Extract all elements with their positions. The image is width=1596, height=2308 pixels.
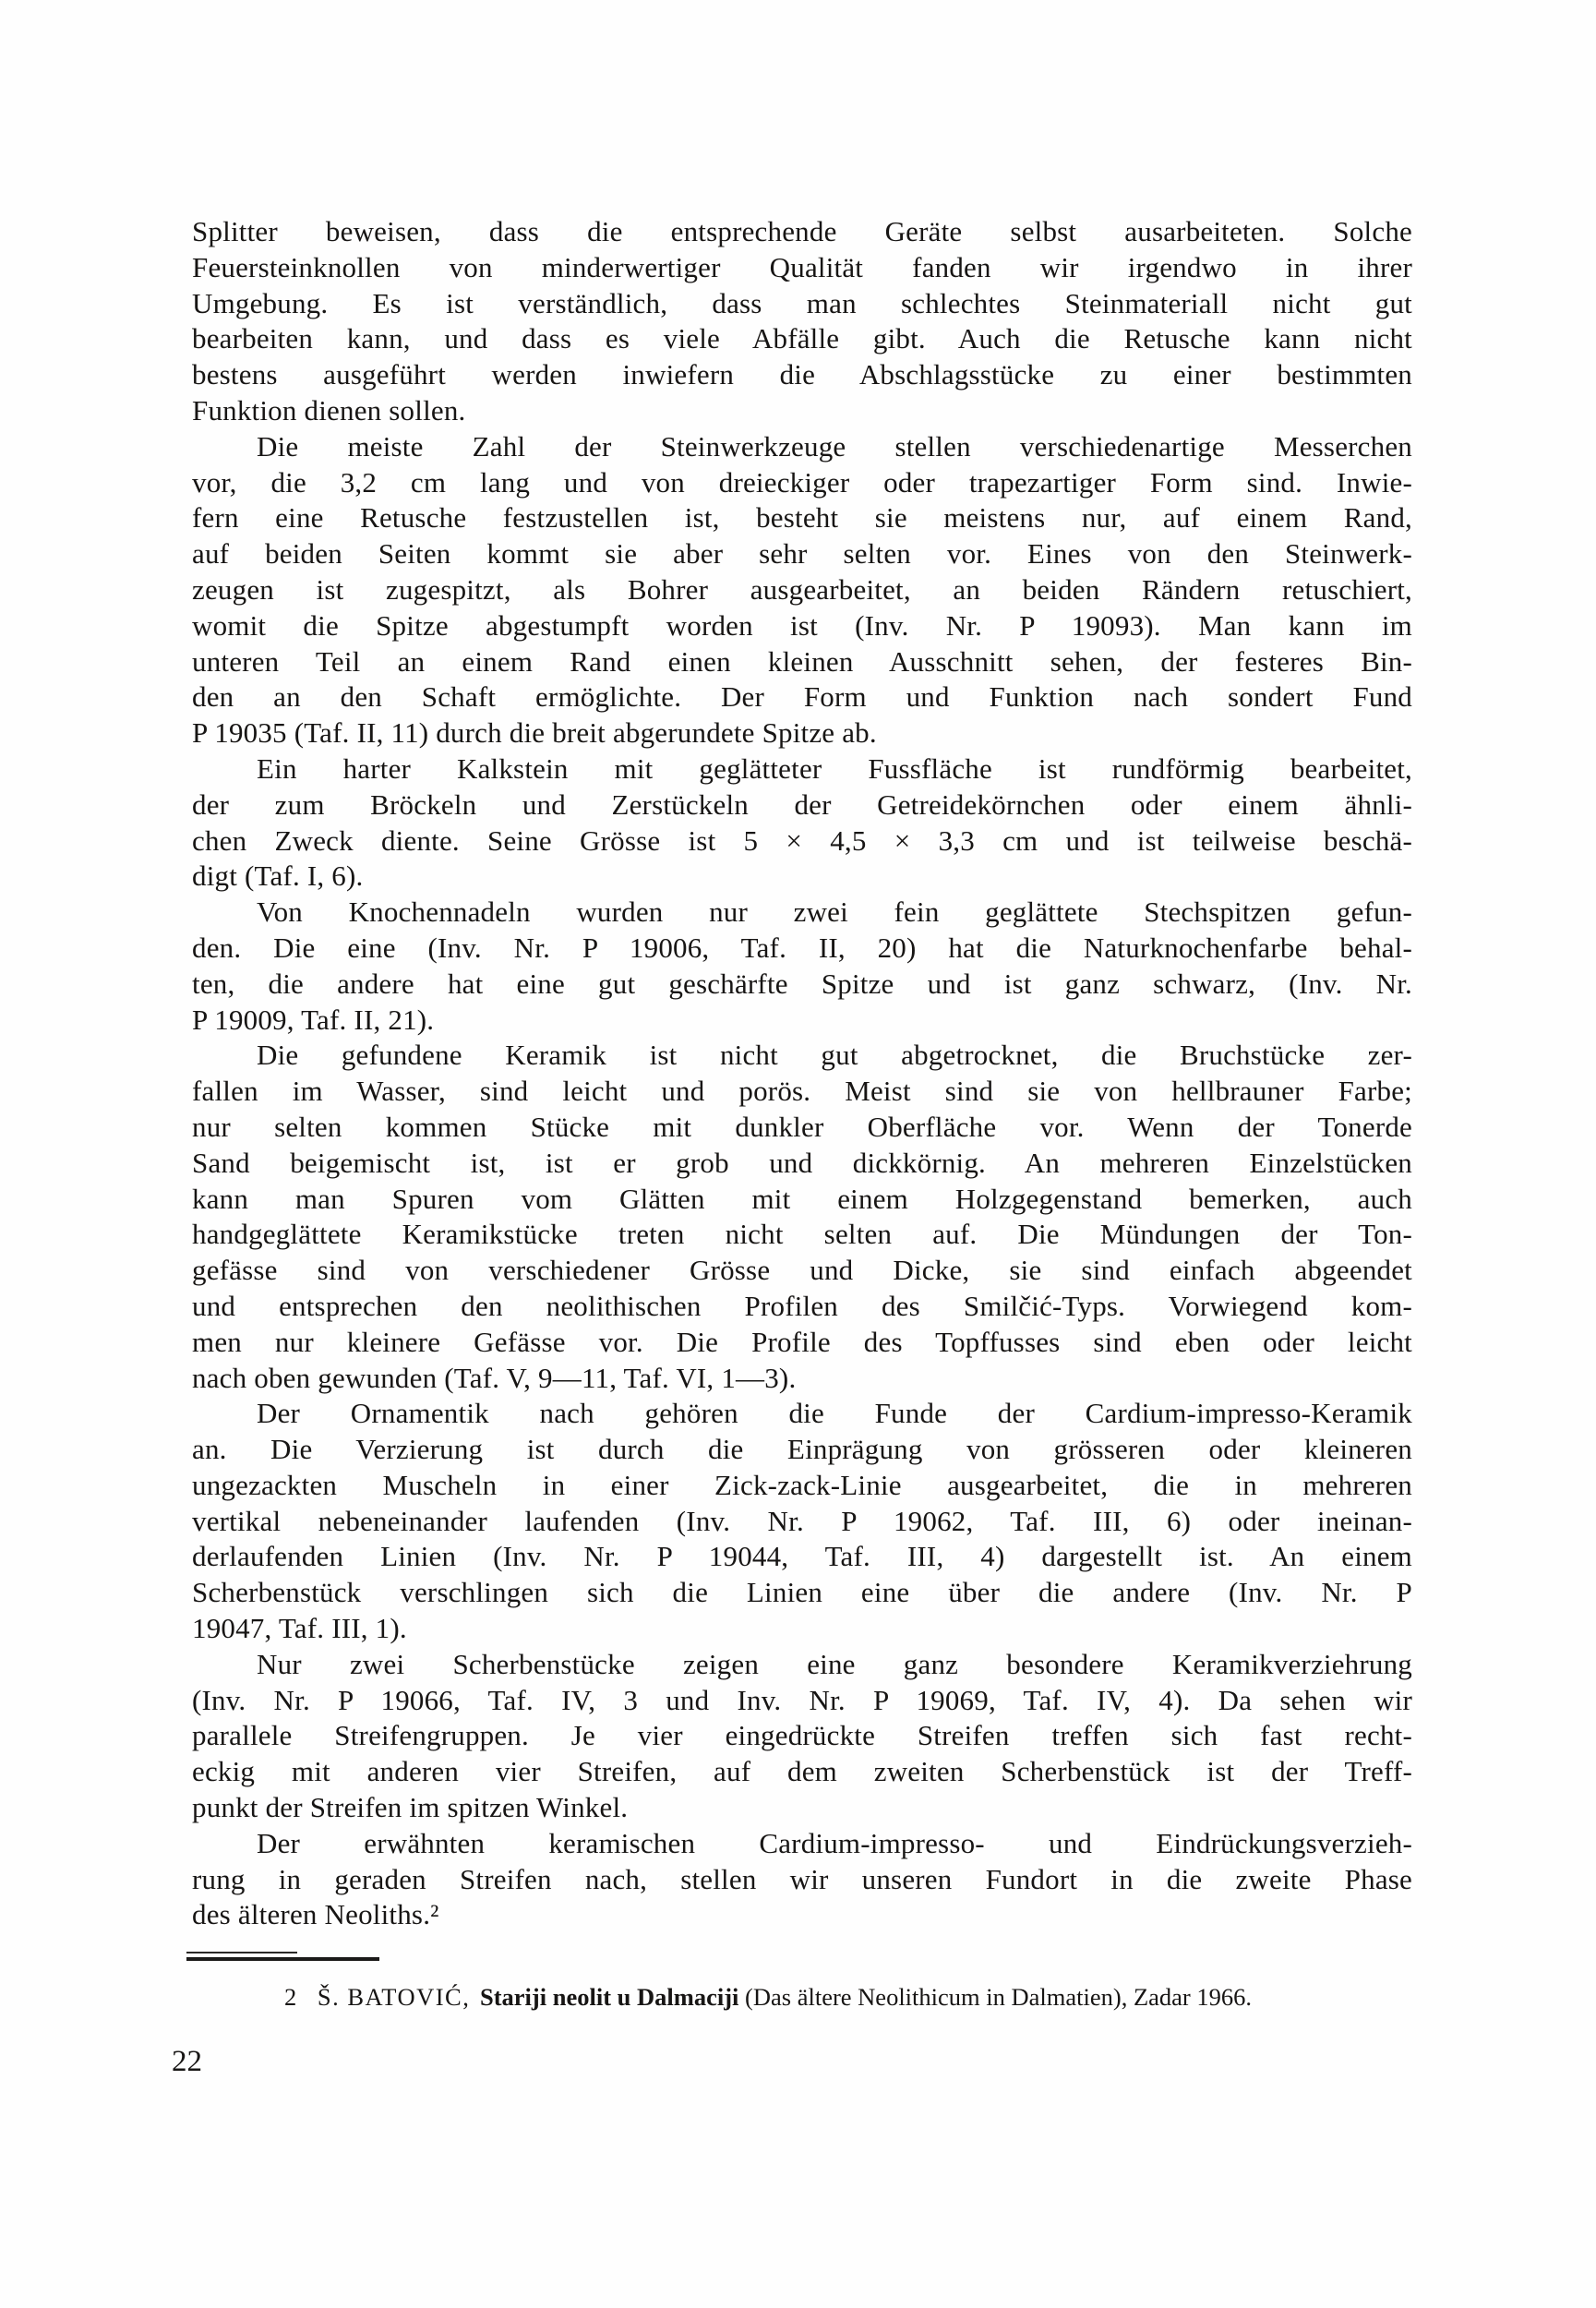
text-line: bearbeiten kann, und dass es viele Abfäl…	[192, 321, 1412, 357]
text-line: Nur zwei Scherbenstücke zeigen eine ganz…	[192, 1647, 1412, 1683]
paragraph: Von Knochennadeln wurden nur zwei fein g…	[192, 895, 1412, 1038]
text-line: 19047, Taf. III, 1).	[192, 1611, 1412, 1647]
text-line: womit die Spitze abgestumpft worden ist …	[192, 608, 1412, 644]
text-line: unteren Teil an einem Rand einen kleinen…	[192, 644, 1412, 680]
text-line: kann man Spuren vom Glätten mit einem Ho…	[192, 1182, 1412, 1218]
text-line: und entsprechen den neolithischen Profil…	[192, 1289, 1412, 1325]
text-line: Umgebung. Es ist verständlich, dass man …	[192, 286, 1412, 322]
scanned-page: Splitter beweisen, dass die entsprechend…	[0, 0, 1596, 2308]
paragraph: Der Ornamentik nach gehören die Funde de…	[192, 1396, 1412, 1647]
text-line: Feuersteinknollen von minderwertiger Qua…	[192, 250, 1412, 286]
text-line: derlaufenden Linien (Inv. Nr. P 19044, T…	[192, 1539, 1412, 1575]
text-line: ungezackten Muscheln in einer Zick-zack-…	[192, 1468, 1412, 1504]
text-line: der zum Bröckeln und Zerstückeln der Get…	[192, 787, 1412, 823]
text-line: Funktion dienen sollen.	[192, 393, 1412, 429]
text-line: Die meiste Zahl der Steinwerkzeuge stell…	[192, 429, 1412, 465]
paragraph: Ein harter Kalkstein mit geglätteter Fus…	[192, 751, 1412, 895]
text-line: (Inv. Nr. P 19066, Taf. IV, 3 und Inv. N…	[192, 1683, 1412, 1719]
text-line: parallele Streifengruppen. Je vier einge…	[192, 1718, 1412, 1754]
text-line: fern eine Retusche festzustellen ist, be…	[192, 500, 1412, 536]
text-line: auf beiden Seiten kommt sie aber sehr se…	[192, 536, 1412, 572]
text-line: nur selten kommen Stücke mit dunkler Obe…	[192, 1110, 1412, 1146]
text-line: handgeglättete Keramikstücke treten nich…	[192, 1217, 1412, 1253]
footnote-author: Š. BATOVIĆ,	[318, 1983, 470, 2011]
text-line: P 19035 (Taf. II, 11) durch die breit ab…	[192, 715, 1412, 751]
footnote: 2 Š. BATOVIĆ, Stariji neolit u Dalmaciji…	[192, 1982, 1412, 2013]
paragraph: Die meiste Zahl der Steinwerkzeuge stell…	[192, 429, 1412, 751]
text-line: Scherbenstück verschlingen sich die Lini…	[192, 1575, 1412, 1611]
text-line: Von Knochennadeln wurden nur zwei fein g…	[192, 895, 1412, 931]
paragraph: Die gefundene Keramik ist nicht gut abge…	[192, 1038, 1412, 1396]
text-line: Sand beigemischt ist, ist er grob und di…	[192, 1146, 1412, 1182]
text-line: nach oben gewunden (Taf. V, 9—11, Taf. V…	[192, 1361, 1412, 1397]
text-line: digt (Taf. I, 6).	[192, 859, 1412, 895]
paragraph: Nur zwei Scherbenstücke zeigen eine ganz…	[192, 1647, 1412, 1826]
text-line: Splitter beweisen, dass die entsprechend…	[192, 214, 1412, 250]
text-line: zeugen ist zugespitzt, als Bohrer ausgea…	[192, 572, 1412, 608]
footnote-marker: 2	[284, 1983, 296, 2011]
text-line: den. Die eine (Inv. Nr. P 19006, Taf. II…	[192, 931, 1412, 967]
text-line: ten, die andere hat eine gut geschärfte …	[192, 967, 1412, 1003]
text-line: men nur kleinere Gefässe vor. Die Profil…	[192, 1325, 1412, 1361]
text-line: Ein harter Kalkstein mit geglätteter Fus…	[192, 751, 1412, 787]
text-line: gefässe sind von verschiedener Grösse un…	[192, 1253, 1412, 1289]
text-line: chen Zweck diente. Seine Grösse ist 5 × …	[192, 823, 1412, 859]
text-line: punkt der Streifen im spitzen Winkel.	[192, 1790, 1412, 1826]
text-line: Der erwähnten keramischen Cardium-impres…	[192, 1826, 1412, 1862]
footnote-rest: (Das ältere Neolithicum in Dalmatien), Z…	[745, 1983, 1252, 2011]
text-line: des älteren Neoliths.²	[192, 1897, 1412, 1933]
footnote-title: Stariji neolit u Dalmaciji	[480, 1983, 738, 2011]
page-number: 22	[172, 2043, 202, 2080]
text-line: rung in geraden Streifen nach, stellen w…	[192, 1862, 1412, 1898]
footnote-rule	[186, 1957, 379, 1961]
body-text: Splitter beweisen, dass die entsprechend…	[192, 214, 1412, 1933]
text-line: an. Die Verzierung ist durch die Einpräg…	[192, 1432, 1412, 1468]
text-line: vertikal nebeneinander laufenden (Inv. N…	[192, 1504, 1412, 1540]
text-line: Die gefundene Keramik ist nicht gut abge…	[192, 1038, 1412, 1074]
paragraph: Splitter beweisen, dass die entsprechend…	[192, 214, 1412, 429]
text-line: Der Ornamentik nach gehören die Funde de…	[192, 1396, 1412, 1432]
text-line: P 19009, Taf. II, 21).	[192, 1003, 1412, 1039]
text-line: vor, die 3,2 cm lang und von dreieckiger…	[192, 465, 1412, 501]
text-line: fallen im Wasser, sind leicht und porös.…	[192, 1074, 1412, 1110]
text-line: eckig mit anderen vier Streifen, auf dem…	[192, 1754, 1412, 1790]
text-line: bestens ausgeführt werden inwiefern die …	[192, 357, 1412, 393]
text-line: den an den Schaft ermöglichte. Der Form …	[192, 679, 1412, 715]
paragraph: Der erwähnten keramischen Cardium-impres…	[192, 1826, 1412, 1933]
